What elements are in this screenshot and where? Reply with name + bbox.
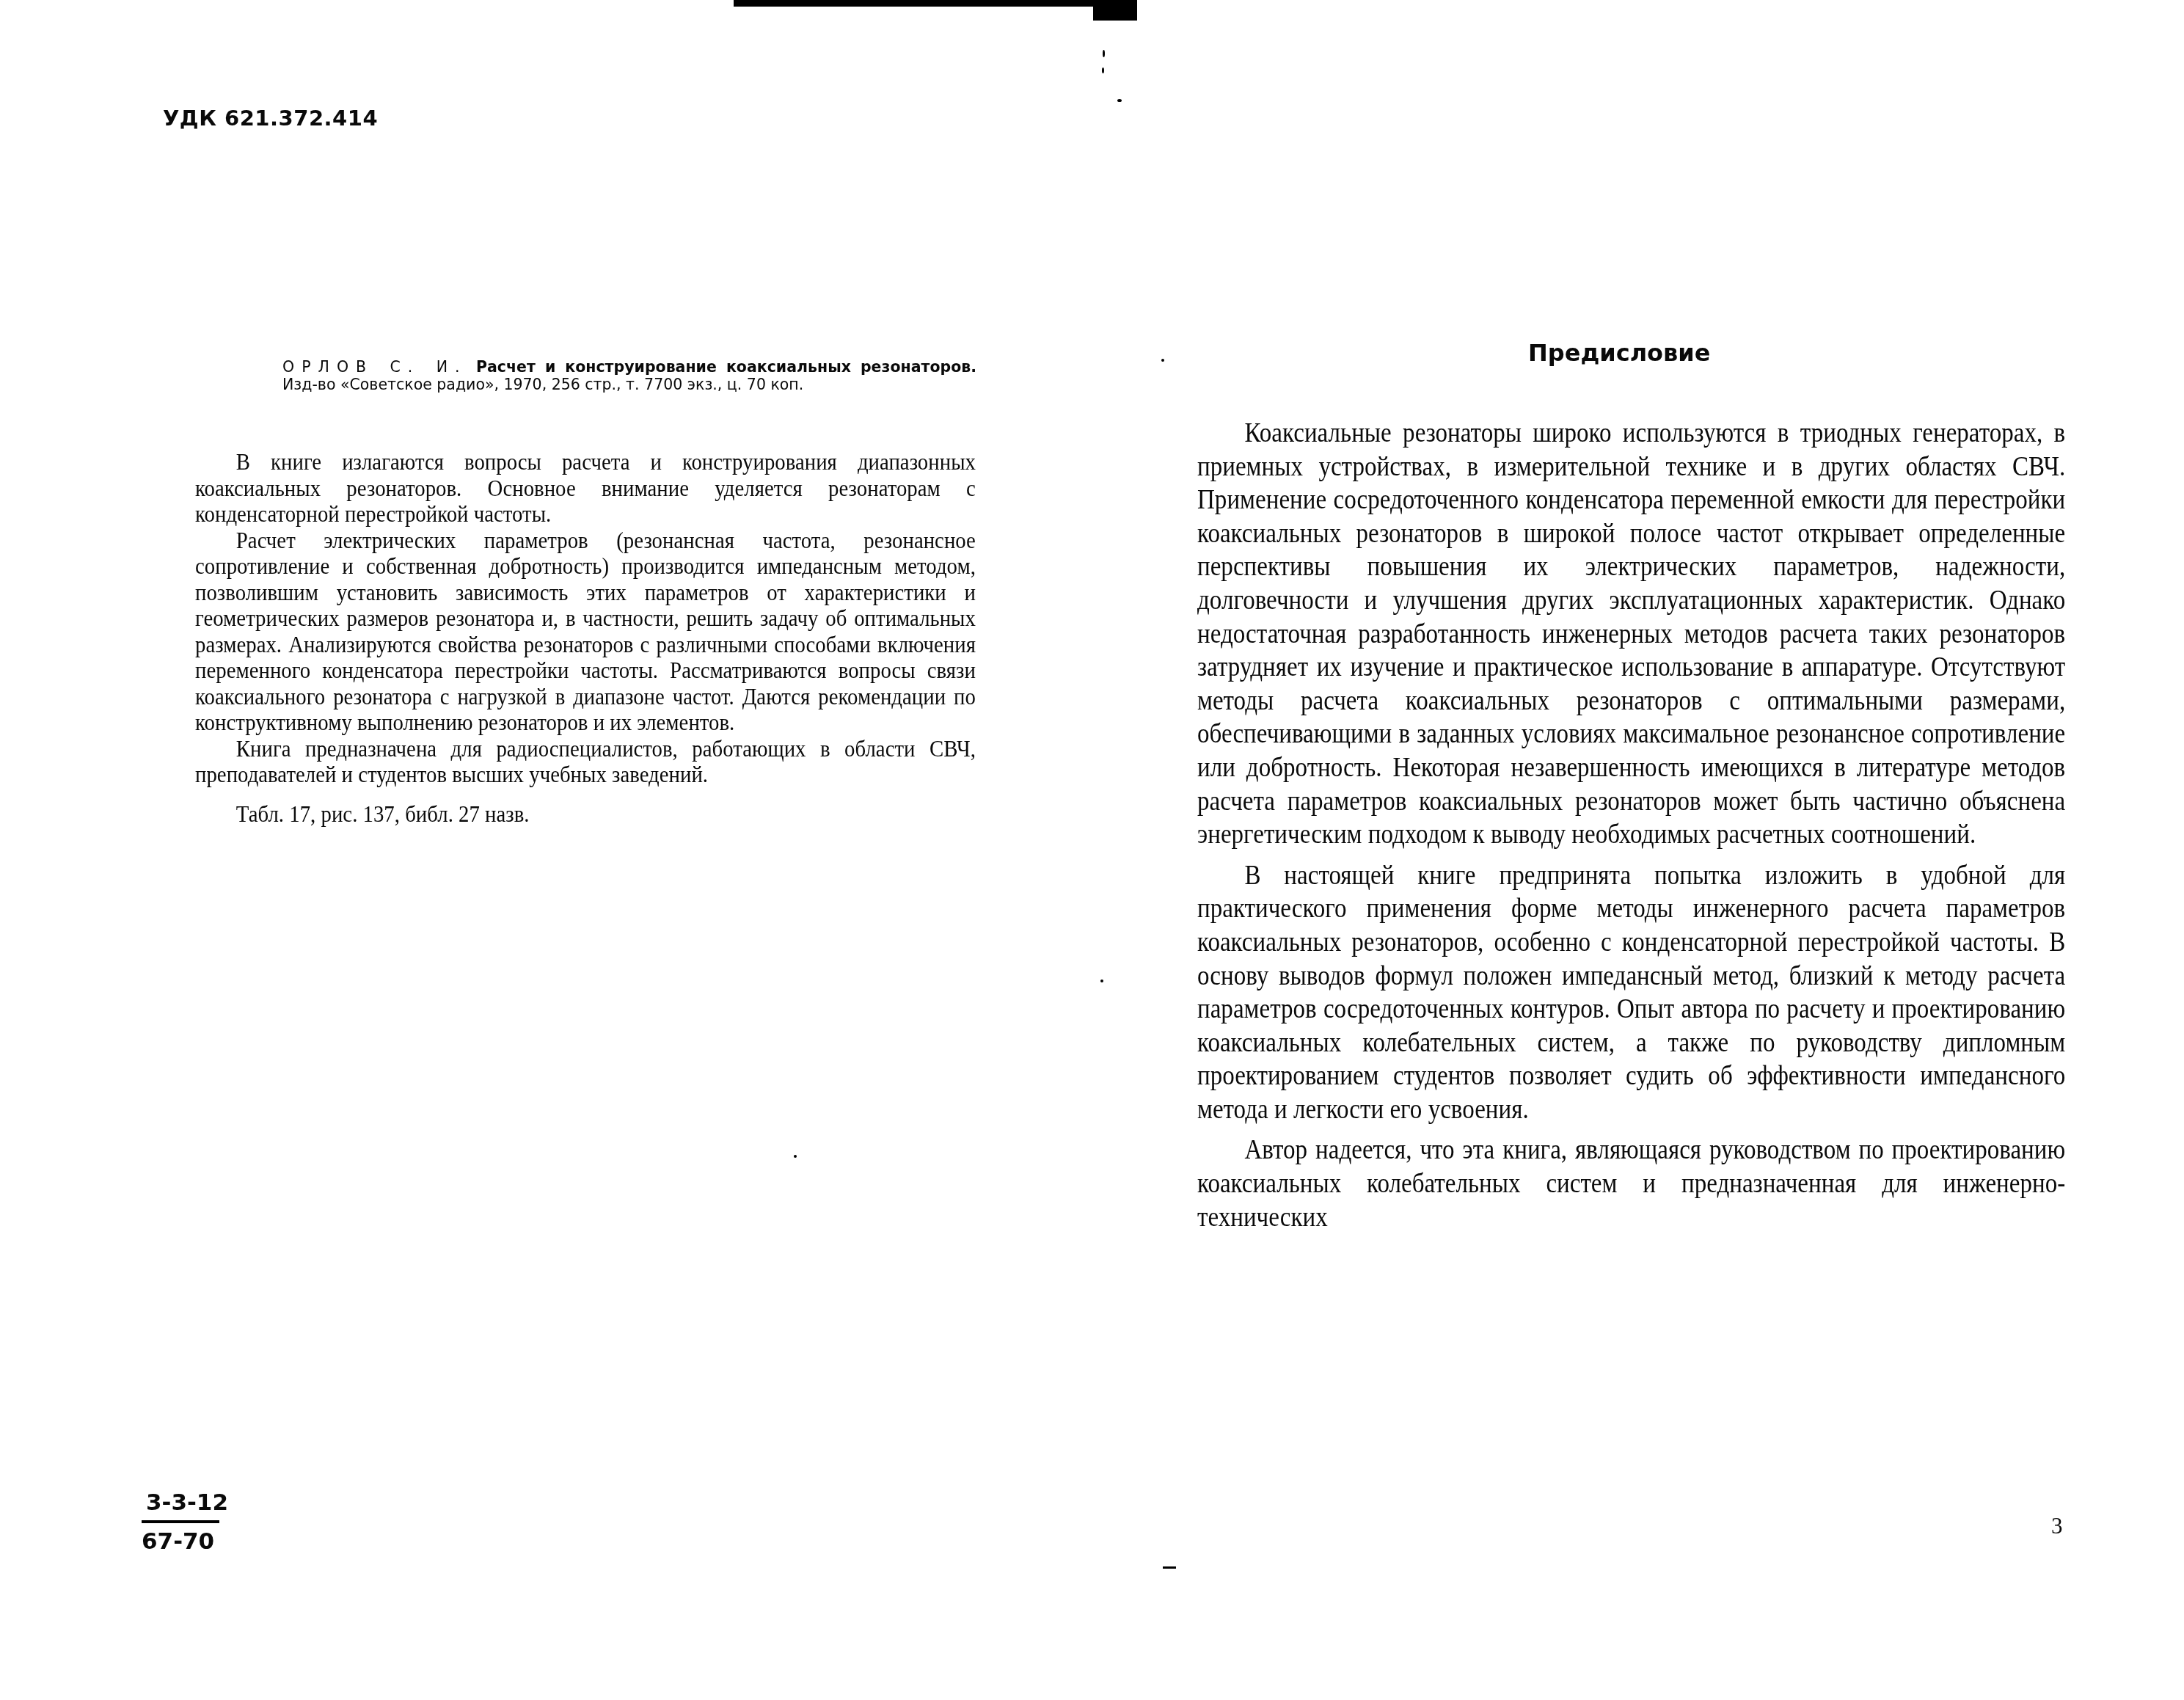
- bibliographic-record: ОРЛОВ С. И. Расчет и конструирование коа…: [282, 358, 976, 393]
- book-stats: Табл. 17, рис. 137, библ. 27 назв.: [195, 801, 976, 828]
- preface-heading: Предисловие: [1528, 339, 1710, 367]
- catalog-code: 3-3-12 67-70: [142, 1489, 228, 1555]
- preface-body: Коаксиальные резонаторы широко использую…: [1197, 417, 2065, 1234]
- abstract-paragraph: Расчет электрических параметров (резонан…: [195, 528, 976, 736]
- abstract-paragraph: Книга предназначена для радиоспециалисто…: [195, 736, 976, 788]
- preface-paragraph: Автор надеется, что эта книга, являющаяс…: [1197, 1134, 2065, 1234]
- book-title: Расчет и конструирование коаксиальных ре…: [476, 358, 976, 376]
- fraction-rule: [142, 1520, 219, 1523]
- abstract: В книге излагаются вопросы расчета и кон…: [195, 449, 976, 827]
- preface-paragraph: Коаксиальные резонаторы широко использую…: [1197, 417, 2065, 852]
- publication-details: Изд-во «Советское радио», 1970, 256 стр.…: [282, 376, 803, 393]
- abstract-paragraph: В книге излагаются вопросы расчета и кон…: [195, 449, 976, 528]
- catalog-denominator: 67-70: [142, 1528, 214, 1555]
- page-number: 3: [2051, 1513, 2063, 1539]
- author-name: ОРЛОВ С. И.: [282, 358, 467, 376]
- preface-paragraph: В настоящей книге предпринята попытка из…: [1197, 859, 2065, 1127]
- udc-code: УДК 621.372.414: [163, 106, 378, 131]
- catalog-numerator: 3-3-12: [142, 1489, 228, 1516]
- left-page: УДК 621.372.414 ОРЛОВ С. И. Расчет и кон…: [0, 0, 1092, 1700]
